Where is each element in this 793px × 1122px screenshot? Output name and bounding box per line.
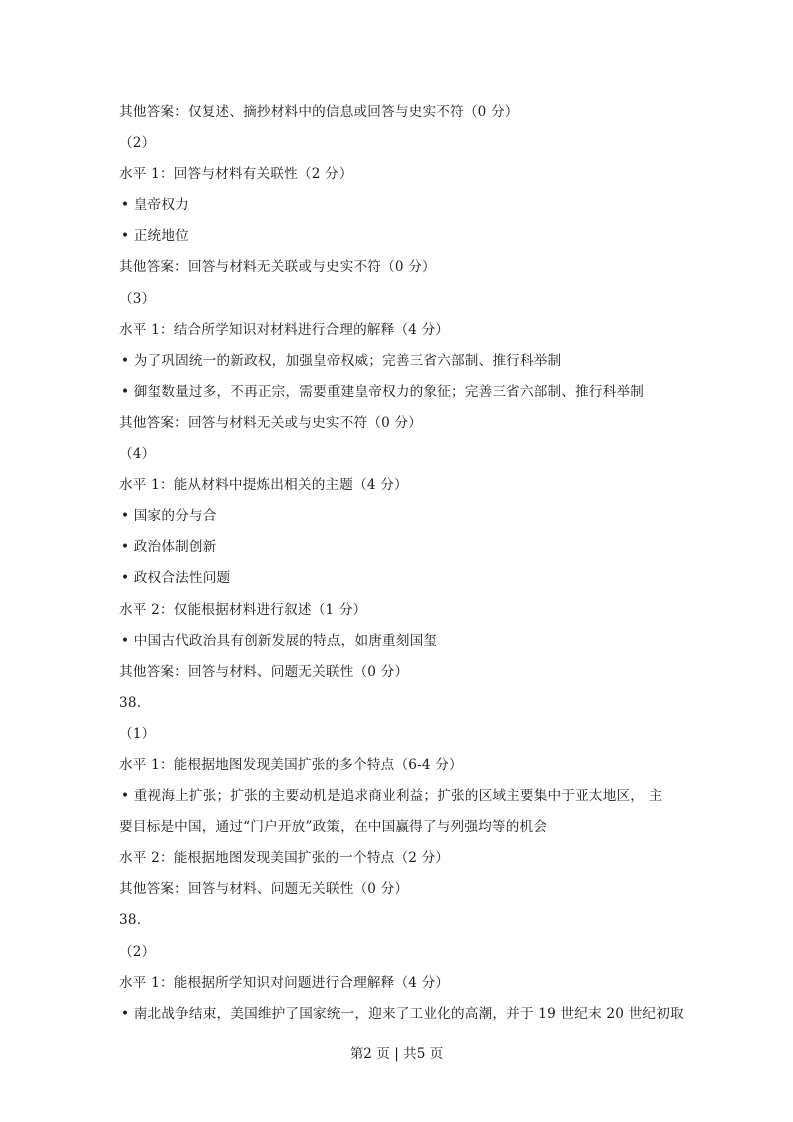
sub-question-label: （4） bbox=[119, 442, 679, 473]
other-answer-line: 其他答案：回答与材料无关或与史实不符（0 分） bbox=[119, 411, 679, 442]
bullet-item: • 正统地位 bbox=[119, 224, 679, 255]
bullet-item: • 皇帝权力 bbox=[119, 193, 679, 224]
bullet-item: • 中国古代政治具有创新发展的特点，如唐重刻国玺 bbox=[119, 629, 679, 660]
question-number: 38. bbox=[119, 691, 679, 722]
other-answer-line: 其他答案：仅复述、摘抄材料中的信息或回答与史实不符（0 分） bbox=[119, 100, 679, 131]
other-answer-line: 其他答案：回答与材料、问题无关联性（0 分） bbox=[119, 660, 679, 691]
bullet-continuation: 要目标是中国，通过“门户开放”政策，在中国赢得了与列强均等的机会 bbox=[119, 815, 679, 846]
bullet-item: • 御玺数量过多，不再正宗，需要重建皇帝权力的象征；完善三省六部制、推行科举制 bbox=[119, 380, 679, 411]
page-number-footer: 第2 页 | 共5 页 bbox=[0, 1042, 793, 1062]
bullet-item: • 为了巩固统一的新政权，加强皇帝权威；完善三省六部制、推行科举制 bbox=[119, 349, 679, 380]
document-page: 其他答案：仅复述、摘抄材料中的信息或回答与史实不符（0 分） （2） 水平 1：… bbox=[119, 100, 679, 1033]
other-answer-line: 其他答案：回答与材料无关联或与史实不符（0 分） bbox=[119, 255, 679, 286]
level-criterion: 水平 2：仅能根据材料进行叙述（1 分） bbox=[119, 598, 679, 629]
sub-question-label: （3） bbox=[119, 287, 679, 318]
level-criterion: 水平 1：能根据地图发现美国扩张的多个特点（6-4 分） bbox=[119, 753, 679, 784]
bullet-item: • 政治体制创新 bbox=[119, 535, 679, 566]
level-criterion: 水平 1：能根据所学知识对问题进行合理解释（4 分） bbox=[119, 971, 679, 1002]
question-number: 38. bbox=[119, 908, 679, 939]
other-answer-line: 其他答案：回答与材料、问题无关联性（0 分） bbox=[119, 877, 679, 908]
level-criterion: 水平 1：能从材料中提炼出相关的主题（4 分） bbox=[119, 473, 679, 504]
bullet-item: • 政权合法性问题 bbox=[119, 566, 679, 597]
sub-question-label: （1） bbox=[119, 722, 679, 753]
bullet-item: • 重视海上扩张；扩张的主要动机是追求商业利益；扩张的区域主要集中于亚太地区， … bbox=[119, 784, 679, 815]
bullet-item: • 南北战争结束，美国维护了国家统一，迎来了工业化的高潮，并于 19 世纪末 2… bbox=[119, 1002, 679, 1033]
sub-question-label: （2） bbox=[119, 131, 679, 162]
sub-question-label: （2） bbox=[119, 940, 679, 971]
level-criterion: 水平 1：回答与材料有关联性（2 分） bbox=[119, 162, 679, 193]
level-criterion: 水平 1：结合所学知识对材料进行合理的解释（4 分） bbox=[119, 318, 679, 349]
bullet-item: • 国家的分与合 bbox=[119, 504, 679, 535]
level-criterion: 水平 2：能根据地图发现美国扩张的一个特点（2 分） bbox=[119, 846, 679, 877]
